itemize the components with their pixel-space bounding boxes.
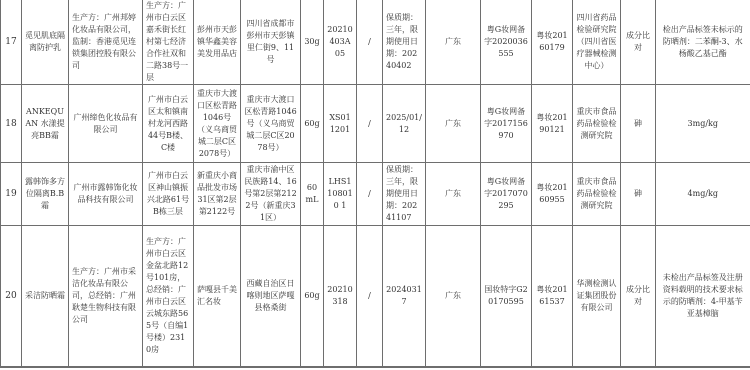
sampled-address: 重庆市大渡口区松青路1046号（义乌商贸城二层C区2078号） bbox=[241, 85, 301, 163]
record-number: 粤G妆网备字2020036555 bbox=[481, 0, 532, 85]
specification: 60g bbox=[301, 85, 324, 163]
test-result: 3mg/kg bbox=[656, 85, 750, 163]
trademark: / bbox=[357, 85, 383, 163]
testing-lab: 重庆市食品药品检验检测研究院 bbox=[573, 85, 621, 163]
production-date: 20240317 bbox=[383, 226, 426, 368]
table-row: 17 觅见肌底隔离防护乳 生产方：广州邦婷化妆品有限公司，监制：香港觅见连锁集团… bbox=[1, 0, 750, 85]
sampled-unit: 重庆市大渡口区松青路1046号（义乌商贸城二层C区2078号） bbox=[194, 85, 241, 163]
license-number: 粤妆20161537 bbox=[532, 226, 573, 368]
manufacturer-address: 广州市白云区神山镇振兴北路61号B栋三层 bbox=[143, 163, 194, 226]
origin: 广东 bbox=[426, 0, 481, 85]
table-row: 19 露韩饰多方位隔离B.B霜 广州市露韩饰化妆品科技有限公司 广州市白云区神山… bbox=[1, 163, 750, 226]
sampling-results-table: 17 觅见肌底隔离防护乳 生产方：广州邦婷化妆品有限公司，监制：香港觅见连锁集团… bbox=[0, 0, 750, 368]
manufacturer-address: 生产方：广州市白云区金盆北路12号101房，总经销：广州市白云区云城东路565号… bbox=[143, 226, 194, 368]
row-number: 17 bbox=[1, 0, 22, 85]
failed-item: 砷 bbox=[621, 163, 656, 226]
row-number: 20 bbox=[1, 226, 22, 368]
record-number: 粤G妆网备字2017156970 bbox=[481, 85, 532, 163]
product-name: ANKEQUAN 水漾提亮BB霜 bbox=[22, 85, 69, 163]
sampled-address: 重庆市渝中区民族路14、16号第2层第2122号（新重庆31区） bbox=[241, 163, 301, 226]
origin: 广东 bbox=[426, 163, 481, 226]
sampled-unit: 萨嘎县千美汇名妆 bbox=[194, 226, 241, 368]
origin: 广东 bbox=[426, 226, 481, 368]
test-result: 4mg/kg bbox=[656, 163, 750, 226]
trademark: / bbox=[357, 163, 383, 226]
license-number: 粤妆20190121 bbox=[532, 85, 573, 163]
license-number: 粤妆20160179 bbox=[532, 0, 573, 85]
specification: 30g bbox=[301, 0, 324, 85]
trademark: / bbox=[357, 226, 383, 368]
product-name: 采洁防晒霜 bbox=[22, 226, 69, 368]
failed-item: 成分比对 bbox=[621, 226, 656, 368]
failed-item: 成分比对 bbox=[621, 0, 656, 85]
license-number: 粤妆20160955 bbox=[532, 163, 573, 226]
sampled-unit: 新重庆小商品批发市场31区第2层第2122号 bbox=[194, 163, 241, 226]
row-number: 19 bbox=[1, 163, 22, 226]
manufacturer: 广州市露韩饰化妆品科技有限公司 bbox=[69, 163, 143, 226]
origin: 广东 bbox=[426, 85, 481, 163]
manufacturer-address: 广州市白云区太和镇南村龙河西路44号B楼、C楼 bbox=[143, 85, 194, 163]
production-date: 2025/01/12 bbox=[383, 85, 426, 163]
table-row: 18 ANKEQUAN 水漾提亮BB霜 广州缔色化妆品有限公司 广州市白云区太和… bbox=[1, 85, 750, 163]
testing-lab: 华测检测认证集团股份有限公司 bbox=[573, 226, 621, 368]
product-name: 露韩饰多方位隔离B.B霜 bbox=[22, 163, 69, 226]
record-number: 粤G妆网备字2017070295 bbox=[481, 163, 532, 226]
testing-lab: 重庆市食品药品检验检测研究院 bbox=[573, 163, 621, 226]
manufacturer: 生产方：广州市采洁化妆品有限公司，总经销：广州耿楚生物科技有限公司 bbox=[69, 226, 143, 368]
batch-number: XS011201 bbox=[324, 85, 357, 163]
production-date: 保质期：三年，限期使用日期：20240402 bbox=[383, 0, 426, 85]
specification: 60g bbox=[301, 226, 324, 368]
batch-number: 20210318 bbox=[324, 226, 357, 368]
table-row: 20 采洁防晒霜 生产方：广州市采洁化妆品有限公司，总经销：广州耿楚生物科技有限… bbox=[1, 226, 750, 368]
sampled-unit: 彭州市天彭镇华鑫美容美发用品店 bbox=[194, 0, 241, 85]
production-date: 保质期：三年，限期使用日期：20241107 bbox=[383, 163, 426, 226]
sampled-address: 四川省成都市彭州市天彭镇里仁街9、11号 bbox=[241, 0, 301, 85]
batch-number: LHS1108010 1 bbox=[324, 163, 357, 226]
manufacturer-address: 生产方：广州市白云区嘉禾街长红村第七经济合作社双和二路38号一层 bbox=[143, 0, 194, 85]
specification: 60mL bbox=[301, 163, 324, 226]
failed-item: 砷 bbox=[621, 85, 656, 163]
manufacturer: 广州缔色化妆品有限公司 bbox=[69, 85, 143, 163]
batch-number: 20210403A05 bbox=[324, 0, 357, 85]
test-result: 检出产品标签未标示的防晒剂：二苯酮-3、水杨酸乙基己酯 bbox=[656, 0, 750, 85]
manufacturer: 生产方：广州邦婷化妆品有限公司，监制：香港觅见连锁集团控股有限公司 bbox=[69, 0, 143, 85]
test-result: 未检出产品标签及注册资料载明的技术要求标示的防晒剂：4-甲基苄亚基樟脑 bbox=[656, 226, 750, 368]
testing-lab: 四川省药品检验研究院（四川省医疗器械检测中心） bbox=[573, 0, 621, 85]
record-number: 国妆特字G20170595 bbox=[481, 226, 532, 368]
sampled-address: 西藏自治区日喀则地区萨嘎县格桑街 bbox=[241, 226, 301, 368]
trademark: / bbox=[357, 0, 383, 85]
row-number: 18 bbox=[1, 85, 22, 163]
product-name: 觅见肌底隔离防护乳 bbox=[22, 0, 69, 85]
